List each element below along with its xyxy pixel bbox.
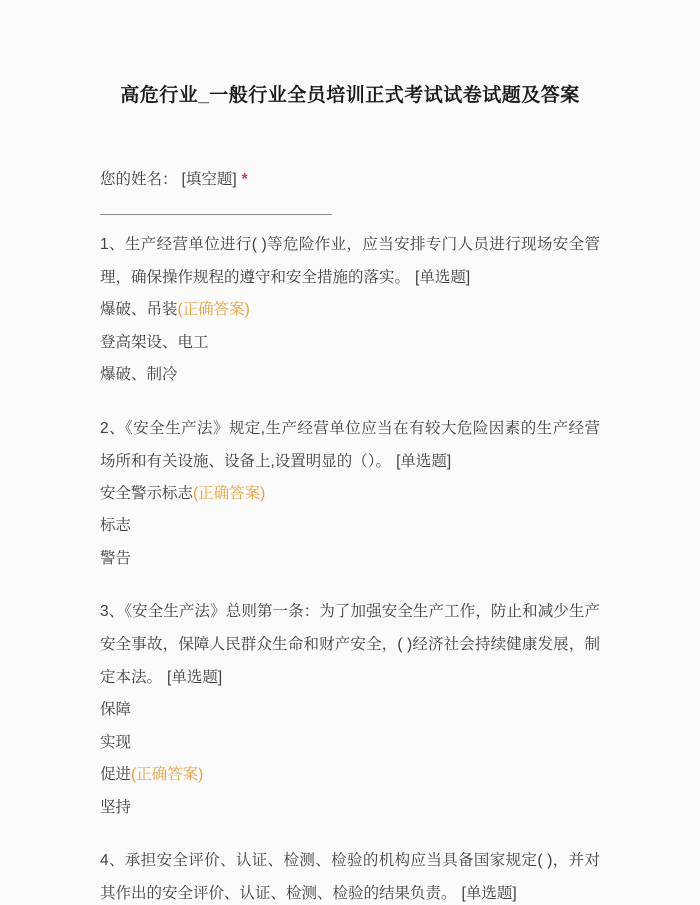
option-label: 标志 [100,517,131,534]
question-1-option-3: 爆破、制冷 [100,359,600,392]
page-title: 高危行业_一般行业全员培训正式考试试卷试题及答案 [100,80,600,107]
single-choice-type-tag: [单选题] [415,269,470,286]
option-label: 爆破、制冷 [100,366,178,383]
option-label: 促进 [100,766,131,783]
question-text: 4、承担安全评价、认证、检测、检验的机构应当具备国家规定( )，并对其作出的安全… [100,852,600,902]
fill-blank-type-tag: [填空题] [182,171,237,188]
option-label: 安全警示标志 [100,485,193,502]
question-2-text-row: 2、《安全生产法》规定,生产经营单位应当在有较大危险因素的生产经营场所和有关设施… [100,412,600,478]
question-1-option-2: 登高架设、电工 [100,327,600,360]
question-1-text-row: 1、生产经营单位进行( )等危险作业，应当安排专门人员进行现场安全管理，确保操作… [100,228,600,294]
question-text: 2、《安全生产法》规定,生产经营单位应当在有较大危险因素的生产经营场所和有关设施… [100,420,600,470]
question-3-option-4: 坚持 [100,792,600,825]
name-input-line[interactable] [100,214,332,215]
name-label: 您的姓名： [100,171,178,188]
option-label: 爆破、吊装 [100,301,178,318]
correct-answer-tag: (正确答案) [131,766,203,783]
question-3-option-3: 促进(正确答案) [100,759,600,792]
option-label: 保障 [100,701,131,718]
question-3: 3、《安全生产法》总则第一条：为了加强安全生产工作，防止和减少生产安全事故，保障… [100,595,600,824]
question-1: 1、生产经营单位进行( )等危险作业，应当安排专门人员进行现场安全管理，确保操作… [100,228,600,392]
question-4: 4、承担安全评价、认证、检测、检验的机构应当具备国家规定( )，并对其作出的安全… [100,844,600,905]
name-field-row: 您的姓名：[填空题]* [100,169,600,191]
option-label: 警告 [100,550,131,567]
question-2-option-1: 安全警示标志(正确答案) [100,478,600,511]
question-text: 1、生产经营单位进行( )等危险作业，应当安排专门人员进行现场安全管理，确保操作… [100,236,600,286]
required-asterisk: * [242,171,248,188]
question-3-option-1: 保障 [100,694,600,727]
single-choice-type-tag: [单选题] [462,885,517,902]
correct-answer-tag: (正确答案) [178,301,250,318]
option-label: 坚持 [100,799,131,816]
exam-document: 高危行业_一般行业全员培训正式考试试卷试题及答案 您的姓名：[填空题]* 1、生… [100,0,600,905]
single-choice-type-tag: [单选题] [167,669,222,686]
question-2: 2、《安全生产法》规定,生产经营单位应当在有较大危险因素的生产经营场所和有关设施… [100,412,600,576]
correct-answer-tag: (正确答案) [193,485,265,502]
question-3-text-row: 3、《安全生产法》总则第一条：为了加强安全生产工作，防止和减少生产安全事故，保障… [100,595,600,694]
option-label: 实现 [100,734,131,751]
question-1-option-1: 爆破、吊装(正确答案) [100,294,600,327]
option-label: 登高架设、电工 [100,334,209,351]
single-choice-type-tag: [单选题] [396,453,451,470]
question-2-option-3: 警告 [100,543,600,576]
question-3-option-2: 实现 [100,727,600,760]
question-2-option-2: 标志 [100,510,600,543]
question-4-text-row: 4、承担安全评价、认证、检测、检验的机构应当具备国家规定( )，并对其作出的安全… [100,844,600,905]
